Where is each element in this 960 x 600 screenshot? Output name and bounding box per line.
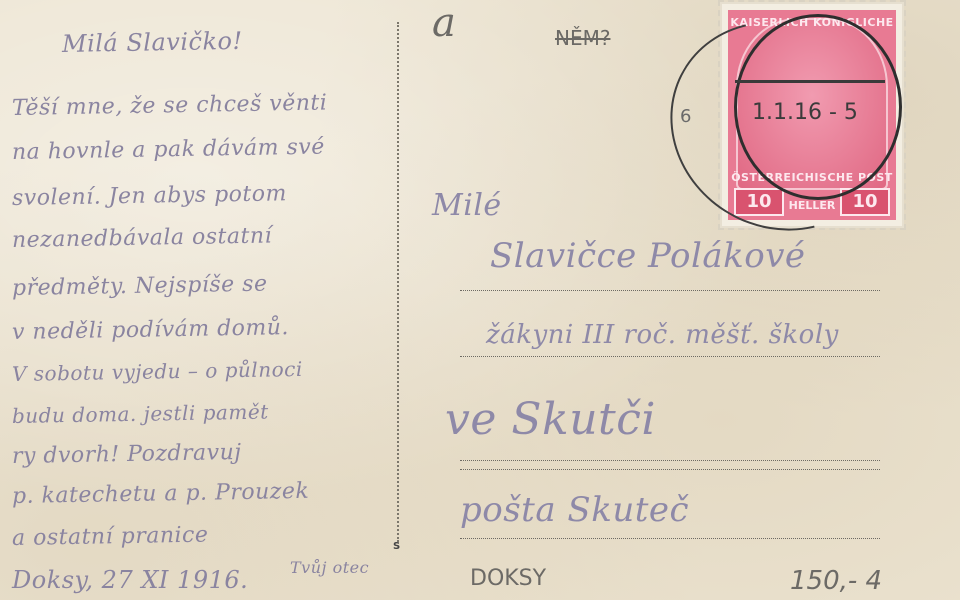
address-line <box>460 356 880 357</box>
address-line <box>460 290 880 291</box>
address-line2: žákyni III roč. měšť. školy <box>486 320 839 350</box>
message-line: Těší mne, že se chceš věnti <box>12 90 328 120</box>
message-greeting: Milá Slavičko! <box>62 27 243 58</box>
address-line <box>460 469 880 470</box>
message-line: na hovnle a pak dávám své <box>12 135 325 165</box>
message-line: p. katechetu a p. Prouzek <box>12 479 310 509</box>
message-signature: Tvůj otec <box>290 558 369 577</box>
address-line <box>460 538 880 539</box>
center-divider <box>397 22 399 542</box>
message-line: a ostatní pranice <box>12 523 209 551</box>
message-line: v neděli podívám domů. <box>12 315 289 345</box>
message-line: V sobotu vyjedu – o půlnoci <box>12 357 303 386</box>
pencil-note-code: DOKSY <box>470 566 546 591</box>
message-place-date: Doksy, 27 XI 1916. <box>12 566 248 594</box>
address-recipient: Slavičce Polákové <box>490 236 806 276</box>
message-line: předměty. Nejspíše se <box>12 272 268 301</box>
address-line4: pošta Skuteč <box>460 490 689 530</box>
postcard-back: Milá Slavičko! Těší mne, že se chceš věn… <box>0 0 960 600</box>
address-line3: ve Skutči <box>445 394 656 445</box>
address-salutation: Milé <box>432 188 502 223</box>
divider-mark: S <box>393 541 400 552</box>
message-line: nezanedbávala ostatní <box>12 223 273 253</box>
postmark-date: 1.1.16 - 5 <box>752 100 858 125</box>
postmark-bar <box>735 80 885 83</box>
pencil-note-struck: NĚM? <box>555 26 610 50</box>
pencil-note-letter: a <box>432 0 456 46</box>
address-line <box>460 460 880 461</box>
postmark-side-text: 6 <box>680 106 691 127</box>
message-line: budu doma. jestli pamět <box>12 400 269 428</box>
message-line: ry dvorh! Pozdravuj <box>12 440 242 469</box>
message-line: svolení. Jen abys potom <box>12 181 287 211</box>
pencil-note-price: 150,- 4 <box>790 566 882 596</box>
